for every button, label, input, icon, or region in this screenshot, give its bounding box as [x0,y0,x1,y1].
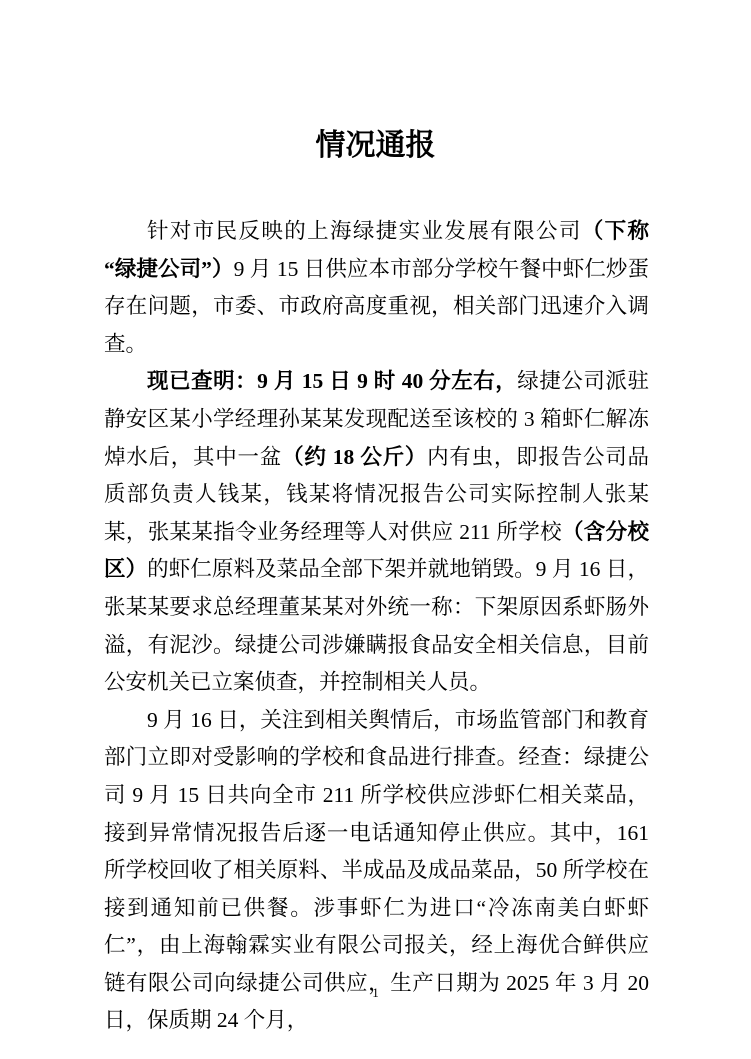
text-run-bold: （约 18 公斤） [282,445,427,469]
document-page: 情况通报 针对市民反映的上海绿捷实业发展有限公司（下称“绿捷公司”）9 月 15… [0,0,751,1059]
text-run: 的虾仁原料及菜品全部下架并就地销毁。9 月 16 日，张某某要求总经理董某某对外… [104,557,649,694]
document-title: 情况通报 [0,128,751,164]
document-body: 针对市民反映的上海绿捷实业发展有限公司（下称“绿捷公司”）9 月 15 日供应本… [104,213,649,1040]
page-number: 1 [0,984,751,1002]
text-run: 针对市民反映的上海绿捷实业发展有限公司 [147,219,582,243]
paragraph: 针对市民反映的上海绿捷实业发展有限公司（下称“绿捷公司”）9 月 15 日供应本… [104,213,649,363]
text-run-bold: 现已查明：9 月 15 日 9 时 40 分左右， [147,369,517,393]
paragraph: 现已查明：9 月 15 日 9 时 40 分左右，绿捷公司派驻静安区某小学经理孙… [104,363,649,701]
